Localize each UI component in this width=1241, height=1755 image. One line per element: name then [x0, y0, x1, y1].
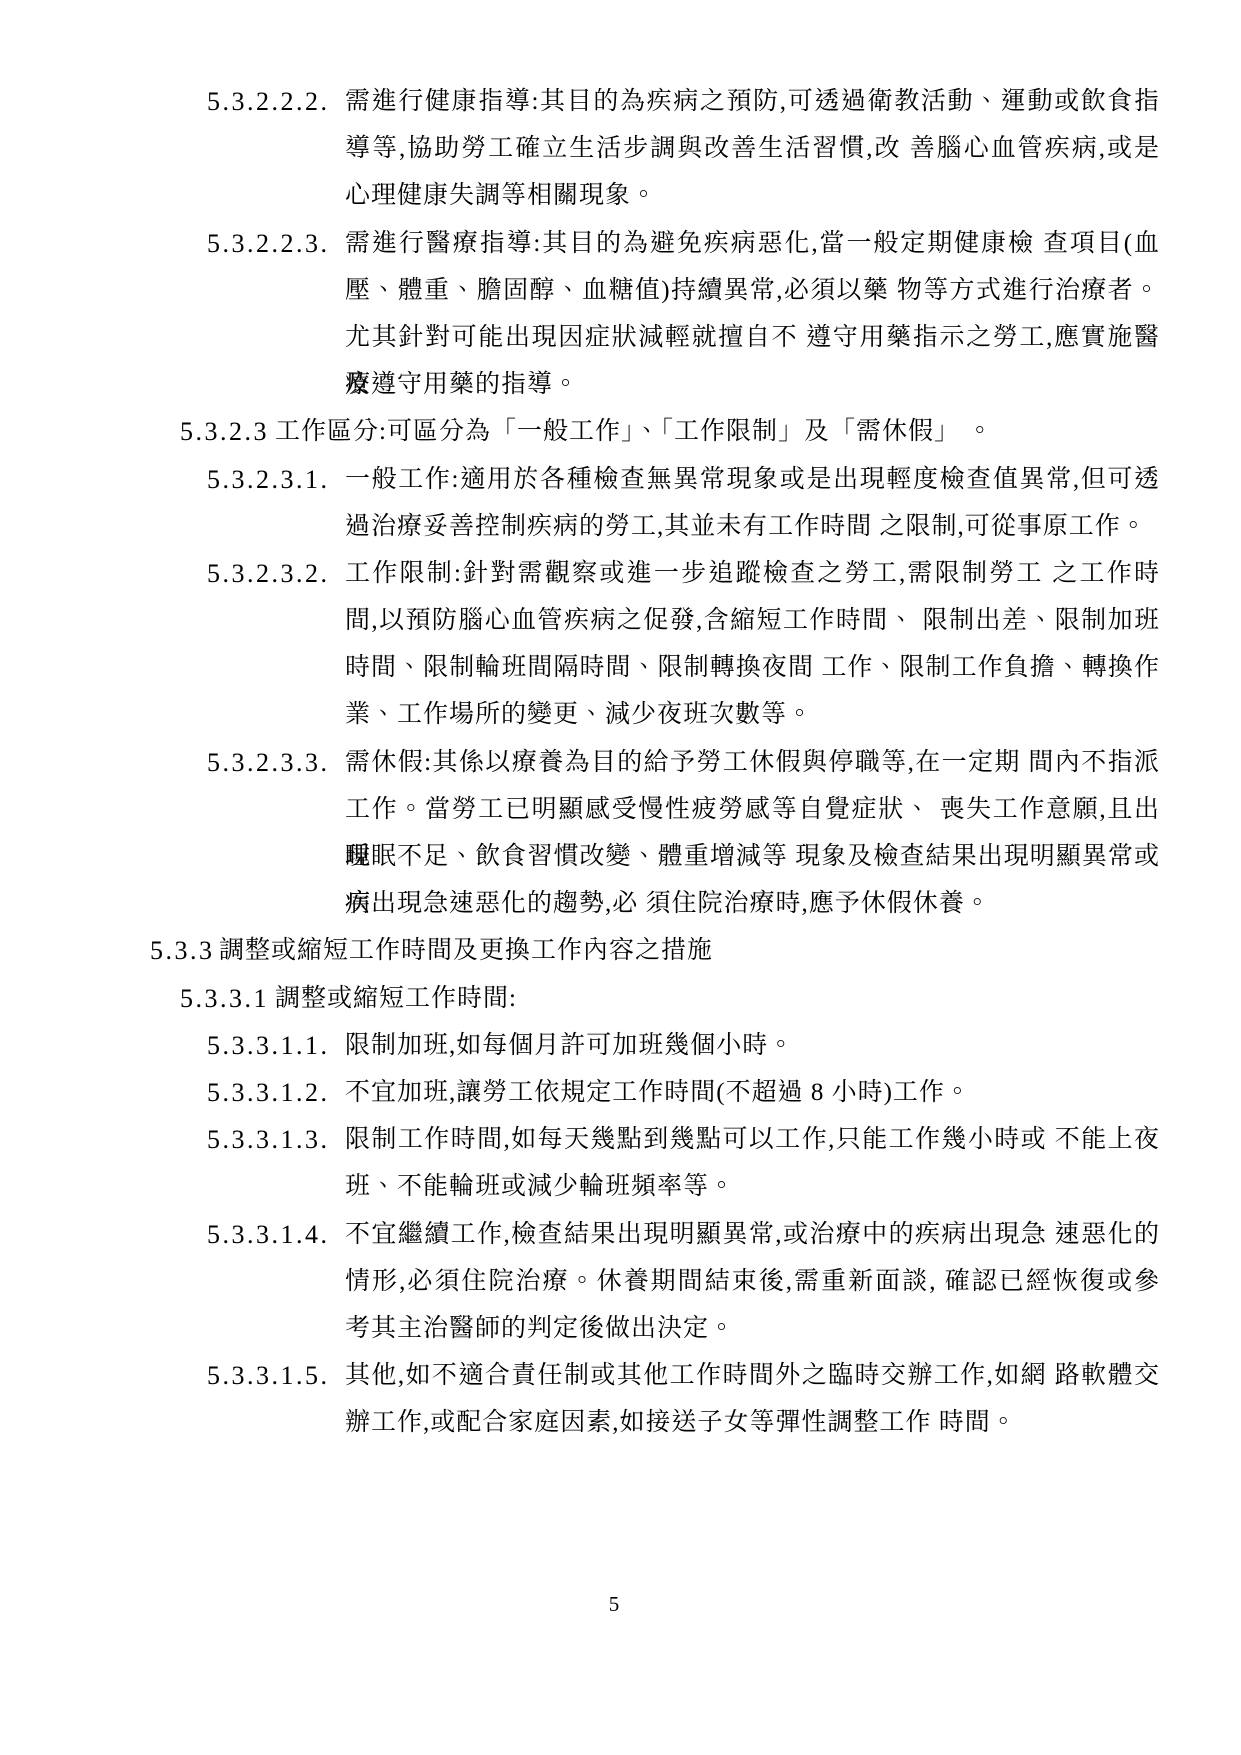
section-text-line: 情形,必須住院治療。休養期間結束後,需重新面談, 確認已經恢復或參: [345, 1258, 1160, 1305]
section-number: 5.3.3.1: [180, 975, 269, 1022]
page-number: 5: [0, 1592, 1228, 1617]
section-text-line: 一般工作:適用於各種檢查無異常現象或是出現輕度檢查值異常,但可透: [345, 456, 1160, 503]
section-text-line: 班、不能輪班或減少輪班頻率等。: [345, 1163, 1160, 1210]
section-number: 5.3.3.1.4.: [207, 1211, 330, 1258]
section-item: 5.3.3.1.4. 不宜繼續工作,檢查結果出現明顯異常,或治療中的疾病出現急 …: [0, 1211, 1160, 1353]
section-number: 5.3.3.1.1.: [207, 1022, 330, 1069]
section-item: 5.3.3.1.3. 限制工作時間,如每天幾點到幾點可以工作,只能工作幾小時或 …: [0, 1116, 1160, 1210]
section-text-line: 過治療妥善控制疾病的勞工,其並未有工作時間 之限制,可從事原工作。: [345, 503, 1160, 550]
section-item: 5.3.2.2.2. 需進行健康指導:其目的為疾病之預防,可透過衛教活動、運動或…: [0, 78, 1160, 220]
section-text-line: 限制加班,如每個月許可加班幾個小時。: [345, 1022, 1160, 1069]
section-item: 5.3.3.1 調整或縮短工作時間:: [0, 975, 1160, 1022]
section-number: 5.3.3.1.3.: [207, 1116, 330, 1163]
document-page: 5.3.2.2.2. 需進行健康指導:其目的為疾病之預防,可透過衛教活動、運動或…: [0, 0, 1241, 1755]
section-text-line: 其他,如不適合責任制或其他工作時間外之臨時交辦工作,如網 路軟體交: [345, 1352, 1160, 1399]
section-number: 5.3.2.3.1.: [207, 456, 330, 503]
section-text-line: 病出現急速惡化的趨勢,必 須住院治療時,應予休假休養。: [345, 880, 1160, 927]
section-text-line: 工作區分:可區分為「一般工作」、「工作限制」及「需休假」 。: [275, 408, 1160, 455]
section-item: 5.3.2.3.3. 需休假:其係以療養為目的給予勞工休假與停職等,在一定期 間…: [0, 739, 1160, 928]
section-text-line: 調整或縮短工作時間:: [275, 975, 1160, 1022]
section-text-line: 業、工作場所的變更、減少夜班次數等。: [345, 691, 1160, 738]
section-text-line: 限制工作時間,如每天幾點到幾點可以工作,只能工作幾小時或 不能上夜: [345, 1116, 1160, 1163]
section-text-line: 工作限制:針對需觀察或進一步追蹤檢查之勞工,需限制勞工 之工作時: [345, 550, 1160, 597]
section-item: 5.3.3.1.5. 其他,如不適合責任制或其他工作時間外之臨時交辦工作,如網 …: [0, 1352, 1160, 1446]
section-number: 5.3.2.3.3.: [207, 739, 330, 786]
section-number: 5.3.3.1.5.: [207, 1352, 330, 1399]
section-number: 5.3.3: [150, 927, 215, 974]
section-number: 5.3.2.2.3.: [207, 220, 330, 267]
section-number: 5.3.2.3.2.: [207, 550, 330, 597]
section-number: 5.3.3.1.2.: [207, 1069, 330, 1116]
section-item: 5.3.2.3.2. 工作限制:針對需觀察或進一步追蹤檢查之勞工,需限制勞工 之…: [0, 550, 1160, 739]
section-item: 5.3.2.3 工作區分:可區分為「一般工作」、「工作限制」及「需休假」 。: [0, 408, 1160, 455]
section-text-line: 工作。當勞工已明顯感受慢性疲勞感等自覺症狀、 喪失工作意願,且出現: [345, 786, 1160, 833]
section-text-line: 需進行醫療指導:其目的為避免疾病惡化,當一般定期健康檢 查項目(血: [345, 220, 1160, 267]
section-text-line: 壓、體重、膽固醇、血糖值)持續異常,必須以藥 物等方式進行治療者。: [345, 267, 1160, 314]
section-text-line: 心理健康失調等相關現象。: [345, 172, 1160, 219]
section-number: 5.3.2.2.2.: [207, 78, 330, 125]
section-item: 5.3.2.2.3. 需進行醫療指導:其目的為避免疾病惡化,當一般定期健康檢 查…: [0, 220, 1160, 409]
section-text-line: 調整或縮短工作時間及更換工作內容之措施: [219, 927, 1160, 974]
section-item: 5.3.3 調整或縮短工作時間及更換工作內容之措施: [0, 927, 1160, 974]
section-text-line: 需進行健康指導:其目的為疾病之預防,可透過衛教活動、運動或飲食指: [345, 78, 1160, 125]
section-text-line: 及遵守用藥的指導。: [345, 361, 1160, 408]
section-text-line: 需休假:其係以療養為目的給予勞工休假與停職等,在一定期 間內不指派: [345, 739, 1160, 786]
section-text-line: 不宜加班,讓勞工依規定工作時間(不超過 8 小時)工作。: [345, 1069, 1160, 1116]
section-text-line: 考其主治醫師的判定後做出決定。: [345, 1305, 1160, 1352]
section-text-line: 導等,協助勞工確立生活步調與改善生活習慣,改 善腦心血管疾病,或是: [345, 125, 1160, 172]
section-text-line: 尤其針對可能出現因症狀減輕就擅自不 遵守用藥指示之勞工,應實施醫療: [345, 314, 1160, 361]
section-text-line: 睡眠不足、飲食習慣改變、體重增減等 現象及檢查結果出現明顯異常或疾: [345, 833, 1160, 880]
section-item: 5.3.3.1.2. 不宜加班,讓勞工依規定工作時間(不超過 8 小時)工作。: [0, 1069, 1160, 1116]
section-text-line: 間,以預防腦心血管疾病之促發,含縮短工作時間、 限制出差、限制加班: [345, 597, 1160, 644]
section-number: 5.3.2.3: [180, 408, 269, 455]
document-body: 5.3.2.2.2. 需進行健康指導:其目的為疾病之預防,可透過衛教活動、運動或…: [0, 78, 1160, 1446]
section-text-line: 時間、限制輪班間隔時間、限制轉換夜間 工作、限制工作負擔、轉換作: [345, 644, 1160, 691]
section-text-line: 辦工作,或配合家庭因素,如接送子女等彈性調整工作 時間。: [345, 1399, 1160, 1446]
section-item: 5.3.2.3.1. 一般工作:適用於各種檢查無異常現象或是出現輕度檢查值異常,…: [0, 456, 1160, 550]
section-item: 5.3.3.1.1. 限制加班,如每個月許可加班幾個小時。: [0, 1022, 1160, 1069]
section-text-line: 不宜繼續工作,檢查結果出現明顯異常,或治療中的疾病出現急 速惡化的: [345, 1211, 1160, 1258]
